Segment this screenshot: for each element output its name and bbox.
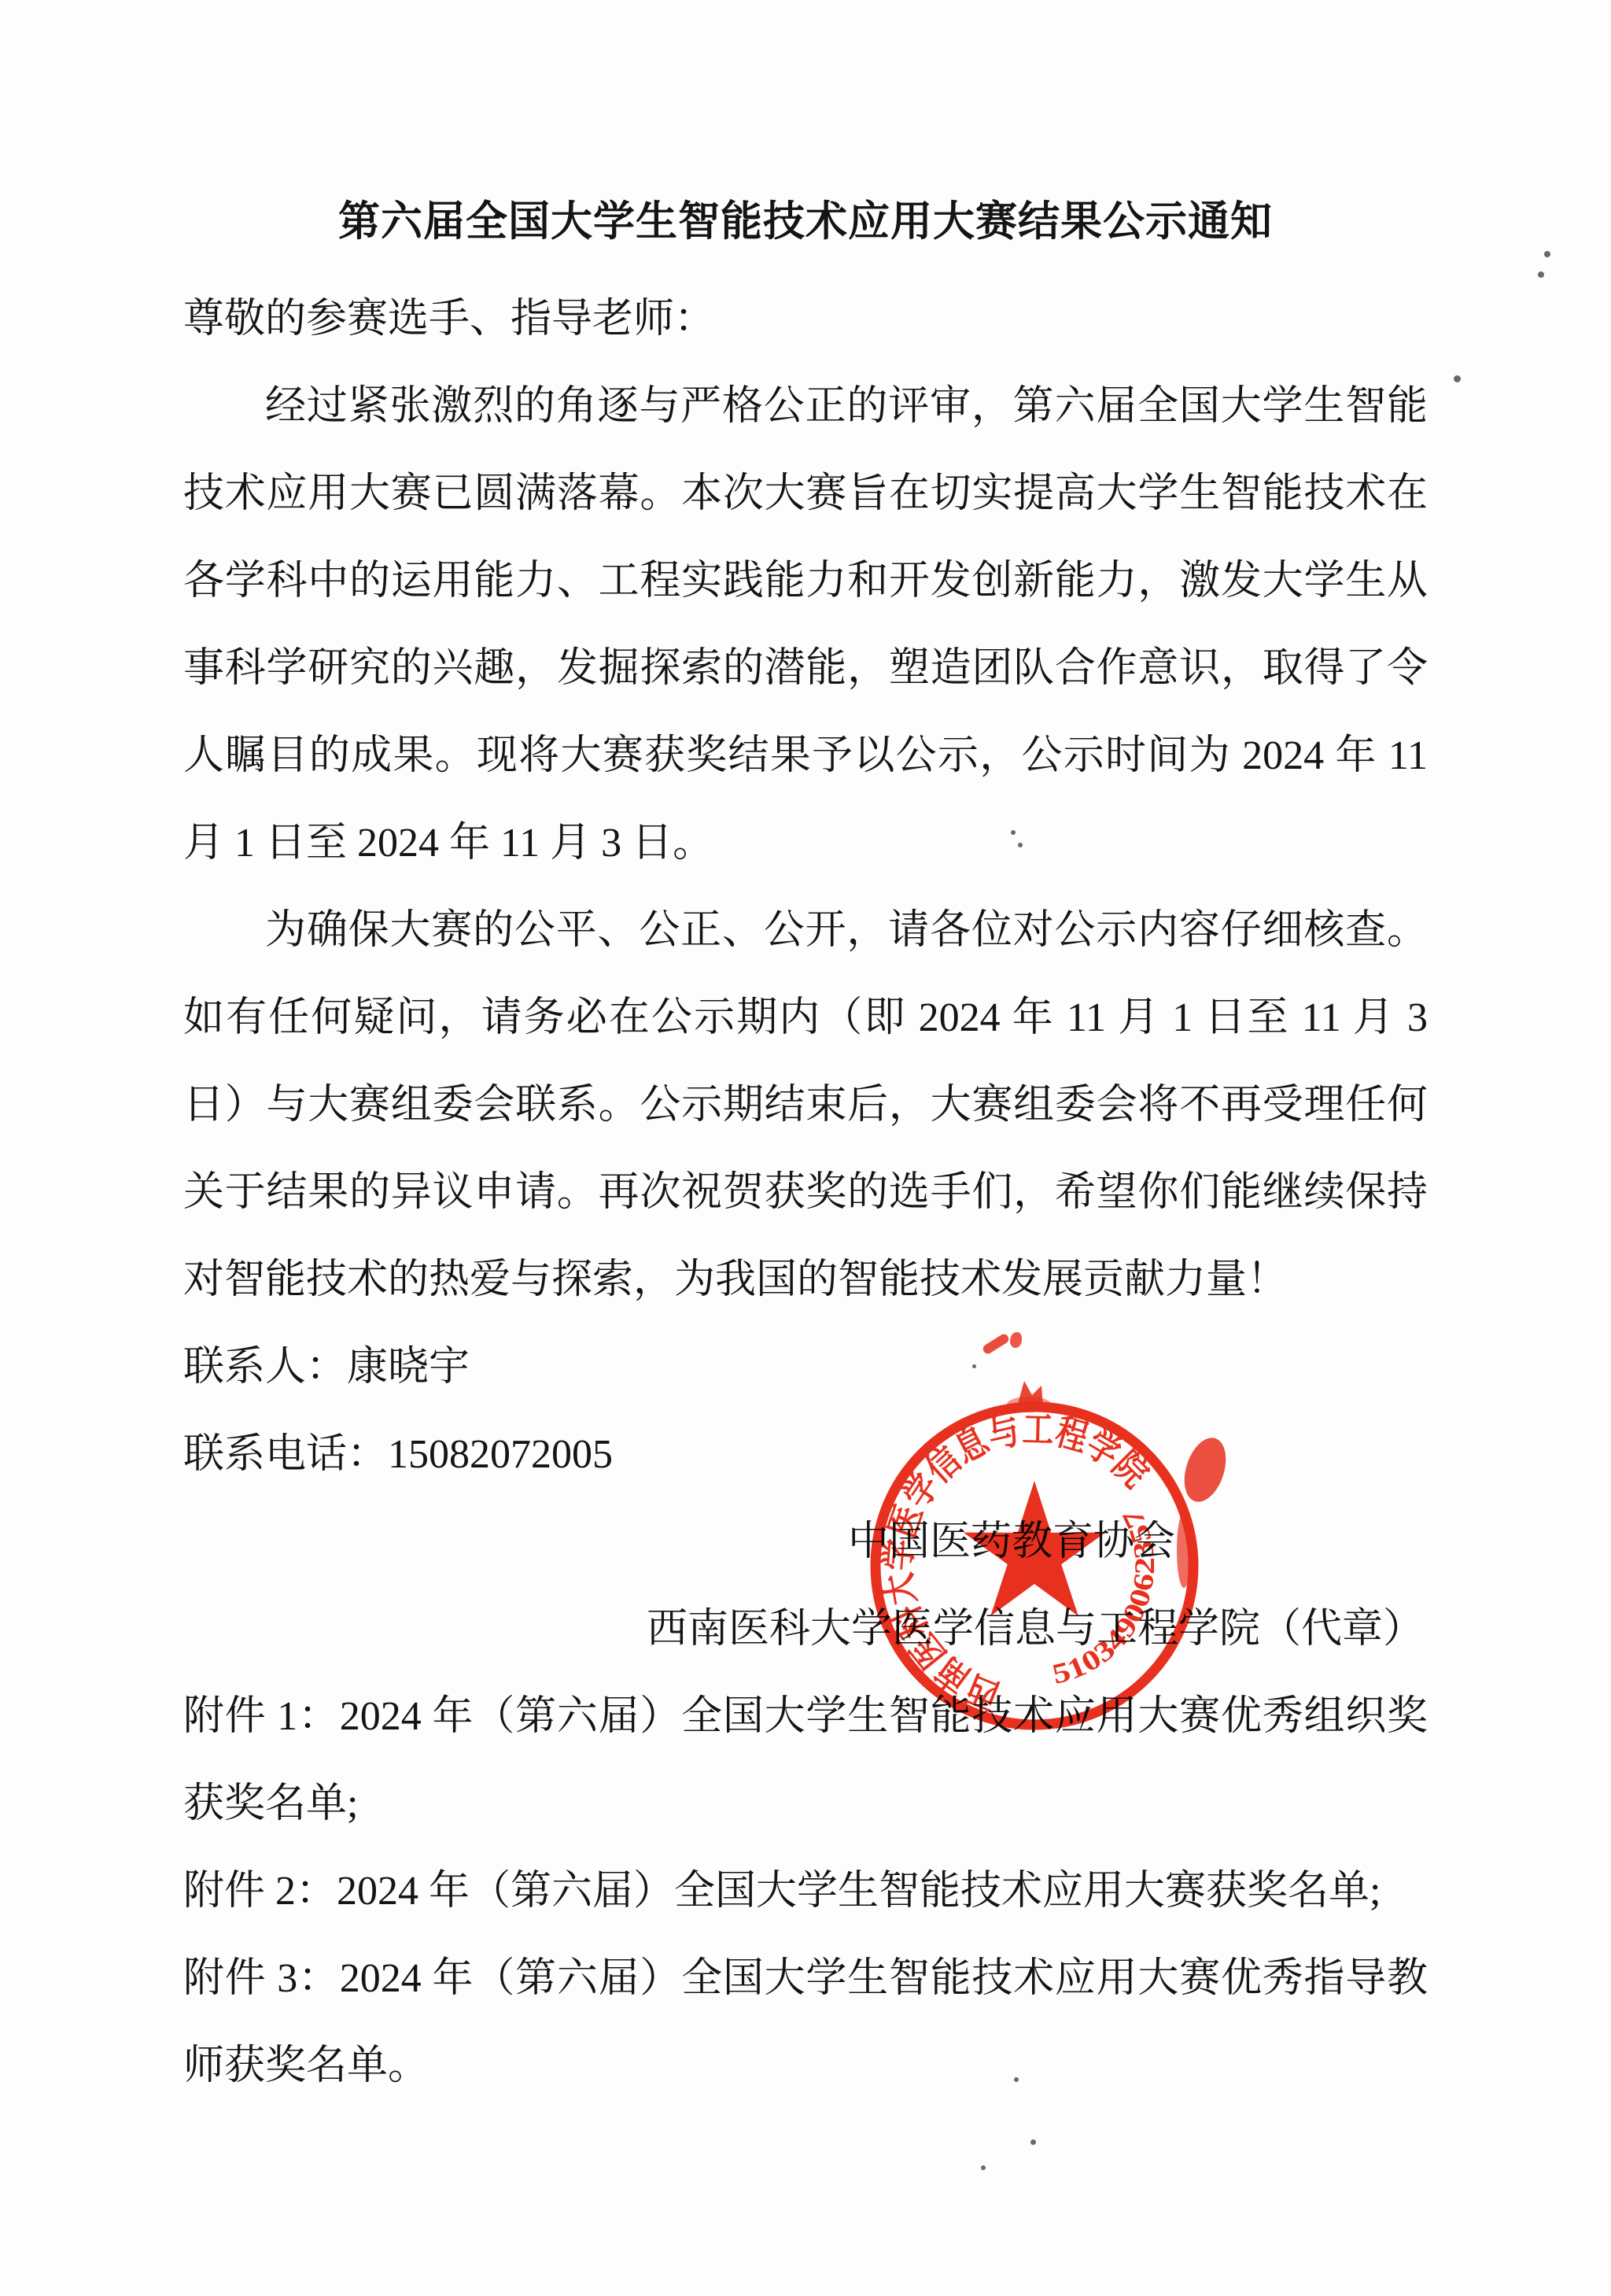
body-line: 日）与大赛组委会联系。公示期结束后，大赛组委会将不再受理任何: [183, 1061, 1428, 1149]
scan-speck: [1018, 843, 1023, 847]
scan-speck: [1538, 271, 1544, 278]
scan-speck: [1544, 251, 1550, 257]
body-line: 关于结果的异议申请。再次祝贺获奖的选手们，希望你们能继续保持: [183, 1149, 1428, 1236]
attachment-line: 附件 3：2024 年（第六届）全国大学生智能技术应用大赛优秀指导教: [183, 1935, 1428, 2022]
body-line: 技术应用大赛已圆满落幕。本次大赛旨在切实提高大学生智能技术在: [183, 450, 1428, 537]
scan-speck: [1014, 2077, 1019, 2082]
attachment-line: 附件 2：2024 年（第六届）全国大学生智能技术应用大赛获奖名单;: [183, 1848, 1428, 1935]
body-line: 事科学研究的兴趣，发掘探索的潜能，塑造团队合作意识，取得了令: [183, 625, 1428, 712]
scanned-notice-page: 第六届全国大学生智能技术应用大赛结果公示通知 尊敬的参赛选手、指导老师： 经过紧…: [0, 0, 1611, 2296]
body-line: 各学科中的运用能力、工程实践能力和开发创新能力，激发大学生从: [183, 537, 1428, 625]
ink-smudge: [1177, 1433, 1233, 1508]
notice-body: 尊敬的参赛选手、指导老师： 经过紧张激烈的角逐与严格公正的评审，第六届全国大学生…: [183, 275, 1428, 2110]
scan-speck: [1454, 375, 1461, 382]
scan-speck: [1011, 830, 1016, 835]
star-icon: [964, 1481, 1106, 1616]
body-line: 如有任何疑问，请务必在公示期内（即 2024 年 11 月 1 日至 11 月 …: [183, 974, 1428, 1061]
attachment-line: 师获奖名单。: [183, 2022, 1428, 2110]
scan-speck: [1030, 2139, 1036, 2145]
ink-smudge: [1177, 1512, 1191, 1588]
official-seal-stamp: 西南医科大学医学信息与工程学院 5103490062357: [818, 1349, 1259, 1790]
salutation-line: 尊敬的参赛选手、指导老师：: [183, 275, 1428, 363]
body-line: 为确保大赛的公平、公正、公开，请各位对公示内容仔细核查。: [183, 887, 1428, 974]
body-line: 月 1 日至 2024 年 11 月 3 日。: [183, 799, 1428, 887]
scan-speck: [972, 1364, 976, 1368]
body-line: 经过紧张激烈的角逐与严格公正的评审，第六届全国大学生智能: [183, 363, 1428, 450]
body-line: 对智能技术的热爱与探索，为我国的智能技术发展贡献力量！: [183, 1236, 1428, 1323]
body-line: 人瞩目的成果。现将大赛获奖结果予以公示，公示时间为 2024 年 11: [183, 712, 1428, 799]
scan-speck: [981, 2165, 986, 2170]
ink-smudge: [1016, 1381, 1043, 1409]
notice-title: 第六届全国大学生智能技术应用大赛结果公示通知: [0, 192, 1611, 252]
